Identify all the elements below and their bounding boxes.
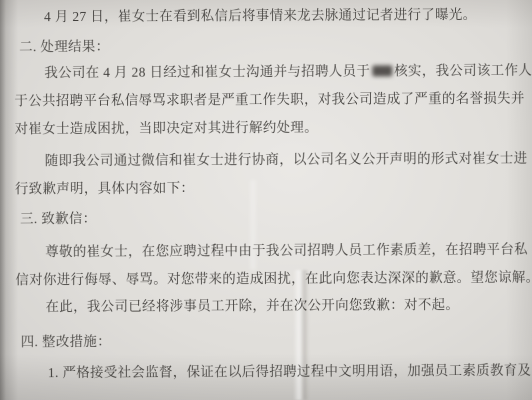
doc-line: 随即我公司通过微信和崔女士进行协商，以公司名义公开声明的形式对崔女士进 (15, 145, 522, 176)
document-photo: 4 月 27 日，崔女士在看到私信后将事情来龙去脉通过记者进行了曝光。 二. 处… (0, 0, 532, 400)
doc-line: 于公共招聘平台私信辱骂求职者是严重工作失职，对我公司造成了严重的名誉损失并 (14, 85, 521, 116)
section-heading-4: 四. 整改措施： (16, 326, 523, 357)
doc-line-suffix: 核实，我公司该工作人员 (394, 63, 532, 79)
doc-line: 行致歉声明，具体内容如下： (15, 173, 522, 204)
doc-line: 4 月 27 日，崔女士在看到私信后将事情来龙去脉通过记者进行了曝光。 (14, 1, 521, 32)
doc-line: 信对你进行侮辱、辱骂。对您带来的造成困扰，在此向您表达深深的歉意。望您谅解。 (15, 264, 522, 295)
redacted-name (372, 65, 392, 76)
doc-line-prefix: 我公司在 4 月 28 日经过和崔女士沟通并与招聘人员于 (44, 63, 370, 80)
doc-line: 1. 严格接受社会监督，保证在以后得招聘过程中文明用语，加强员工素质教育及 (16, 357, 523, 388)
section-heading-3: 三. 致歉信： (15, 203, 522, 234)
doc-line: 在此，我公司已经将涉事员工开除，并在次公开向您致歉：对不起。 (15, 291, 522, 322)
document-text: 4 月 27 日，崔女士在看到私信后将事情来龙去脉通过记者进行了曝光。 二. 处… (0, 0, 532, 400)
doc-line: 对崔女士造成困扰，当即决定对其进行解约处理。 (15, 113, 522, 144)
doc-line: 我公司在 4 月 28 日经过和崔女士沟通并与招聘人员于核实，我公司该工作人员 (14, 57, 521, 88)
doc-line: 尊敬的崔女士，在您应聘过程中由于我公司招聘人员工作素质差，在招聘平台私 (15, 236, 522, 267)
